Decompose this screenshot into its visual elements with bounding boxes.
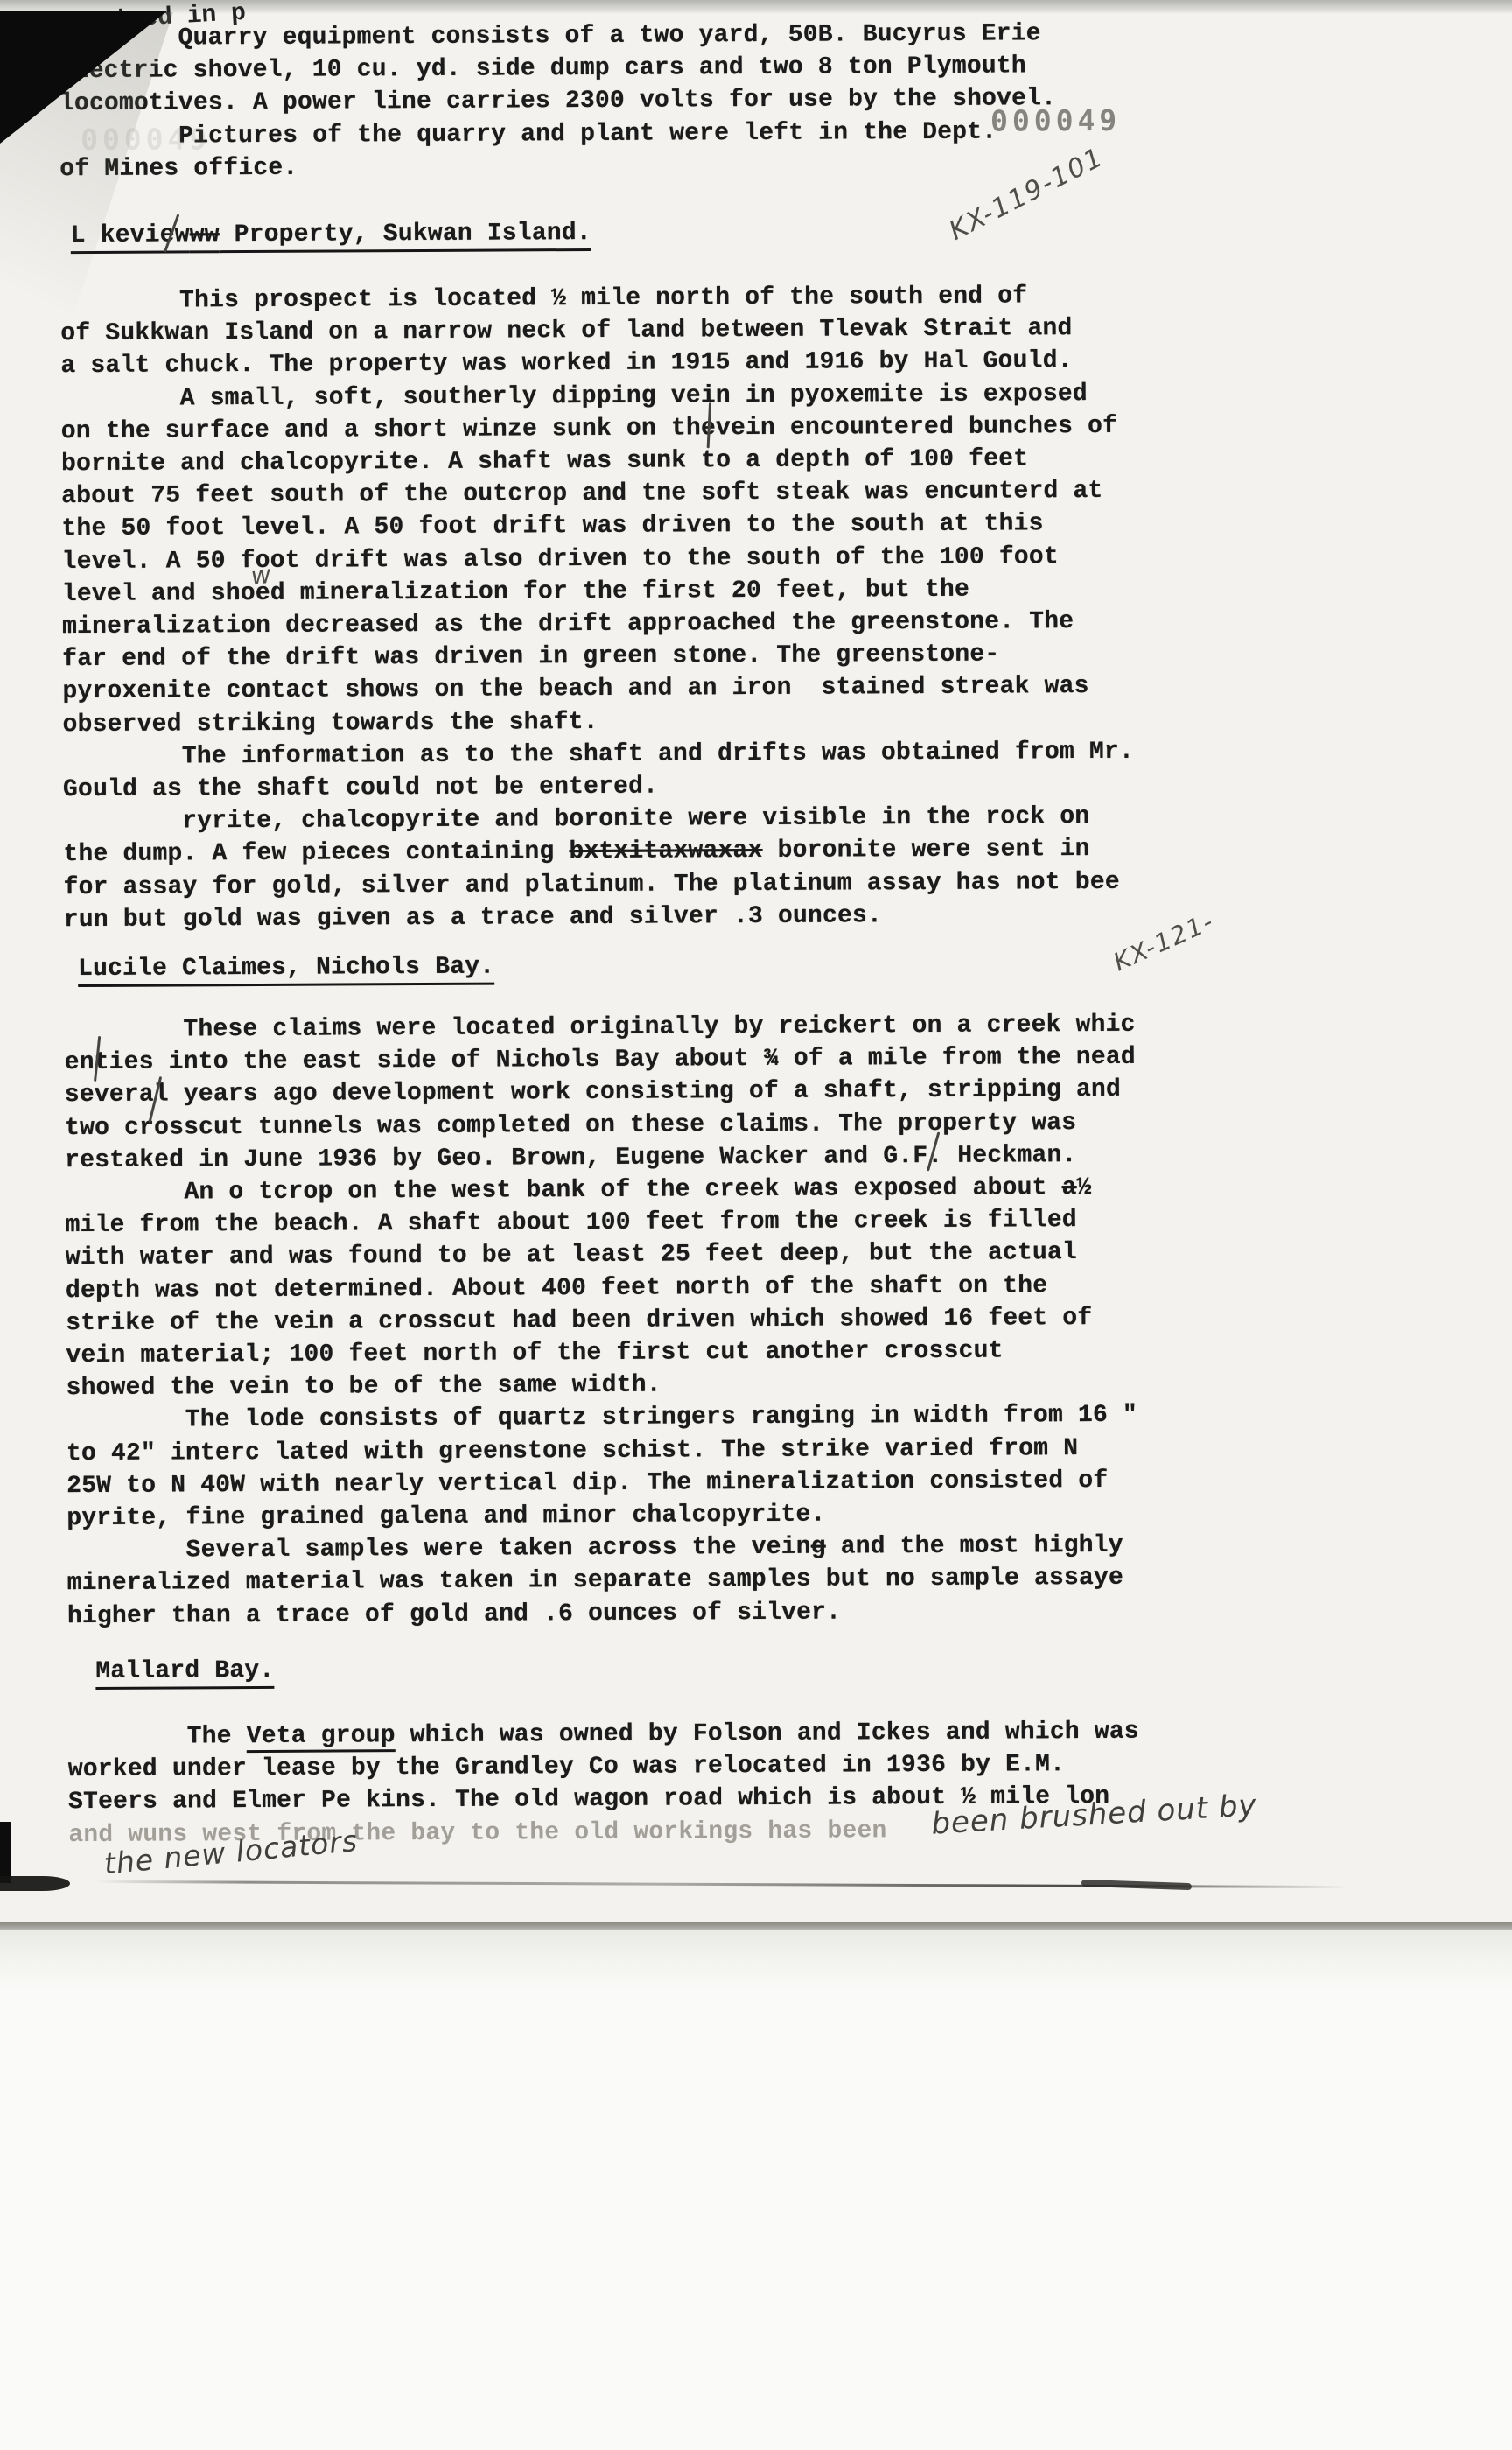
text-line: Mallard Bay.: [95, 1655, 274, 1688]
text-line: for assay for gold, silver and platinum.…: [64, 865, 1135, 904]
text-line: The Veta group which was owned by Folson…: [68, 1716, 1139, 1754]
section-heading: Mallard Bay.: [95, 1655, 274, 1688]
text-line: This prospect is located ½ mile north of…: [60, 280, 1131, 318]
text-line: mile from the beach. A shaft about 100 f…: [66, 1204, 1137, 1242]
section-heading: L keviewww Property, Sukwan Island.: [71, 217, 591, 252]
text-line: level and shoed mineralization for the f…: [62, 573, 1133, 612]
text-line: electric shovel, 10 cu. yd. side dump ca…: [59, 50, 1056, 87]
text-line: 25W to N 40W with nearly vertical dip. T…: [66, 1465, 1137, 1503]
text-line: worked under lease by the Grandley Co wa…: [68, 1748, 1139, 1787]
text-line: showed the vein to be of the same width.: [66, 1367, 1137, 1405]
text-line: A small, soft, southerly dipping vein in…: [61, 377, 1132, 416]
text-line: a salt chuck. The property was worked in…: [60, 345, 1131, 383]
text-line: on the surface and a short winze sunk on…: [61, 410, 1132, 449]
text-line: of Sukkwan Island on a narrow neck of la…: [60, 312, 1131, 351]
handwritten-insert-w: w: [248, 559, 274, 591]
paragraph: This prospect is located ½ mile north of…: [60, 280, 1135, 936]
text-line: pyrite, fine grained galena and minor ch…: [66, 1497, 1137, 1536]
text-line: pyroxenite contact shows on the beach an…: [62, 670, 1133, 709]
text-line: Several samples were taken across the ve…: [66, 1529, 1137, 1568]
text-line: with water and was found to be at least …: [66, 1236, 1137, 1275]
text-line: higher than a trace of gold and .6 ounce…: [67, 1594, 1138, 1633]
scan-artifact-left-blob: [0, 1876, 70, 1891]
scan-artifact-left-mark: [0, 1822, 11, 1883]
text-line: L keviewww Property, Sukwan Island.: [71, 217, 591, 252]
page-number-stamp: 000049: [990, 103, 1121, 138]
text-line: the 50 foot level. A 50 foot drift was d…: [61, 507, 1132, 546]
text-line: The information as to the shaft and drif…: [63, 736, 1134, 774]
text-line: mineralized material was taken in separa…: [67, 1562, 1138, 1600]
text-line: locomotives. A power line carries 2300 v…: [59, 83, 1056, 121]
text-line: several years ago development work consi…: [65, 1074, 1136, 1112]
text-line: Lucile Claimes, Nichols Bay.: [78, 951, 494, 986]
text-line: restaked in June 1936 by Geo. Brown, Eug…: [65, 1139, 1136, 1178]
section-heading: Lucile Claimes, Nichols Bay.: [78, 951, 494, 986]
paragraph: Quarry equipment consists of a two yard,…: [59, 17, 1056, 185]
text-line: to 42" interc lated with greenstone schi…: [66, 1431, 1137, 1470]
text-line: These claims were located originally by …: [64, 1009, 1135, 1047]
text-line: level. A 50 foot drift was also driven t…: [62, 540, 1133, 578]
text-line: about 75 feet south of the outcrop and t…: [61, 475, 1132, 514]
scanner-background: [0, 1930, 1512, 2450]
text-line: depth was not determined. About 400 feet…: [66, 1269, 1137, 1307]
text-line: strike of the vein a crosscut had been d…: [66, 1302, 1137, 1340]
text-line: the dump. A few pieces containing bxtxit…: [63, 833, 1134, 871]
typewritten-text-layer: Quarry equipment consists of a two yard,…: [0, 0, 1512, 1964]
text-line: mineralization decreased as the drift ap…: [62, 605, 1133, 644]
text-line: vein material; 100 feet north of the fir…: [66, 1334, 1137, 1373]
text-line: enties into the east side of Nichols Bay…: [65, 1041, 1136, 1080]
text-line: The lode consists of quartz stringers ra…: [66, 1399, 1137, 1438]
text-line: Gould as the shaft could not be entered.: [63, 768, 1134, 807]
text-line: ryrite, chalcopyrite and boronite were v…: [63, 801, 1134, 839]
text-line: An o tcrop on the west bank of the creek…: [65, 1172, 1136, 1210]
text-line: run but gold was given as a trace and si…: [64, 899, 1135, 937]
text-line: two crosscut tunnels was completed on th…: [65, 1106, 1136, 1144]
text-line: bornite and chalcopyrite. A shaft was su…: [61, 443, 1132, 481]
paragraph: These claims were located originally by …: [64, 1009, 1138, 1633]
text-line: far end of the drift was driven in green…: [62, 638, 1133, 676]
text-line: observed striking towards the shaft.: [63, 703, 1134, 741]
